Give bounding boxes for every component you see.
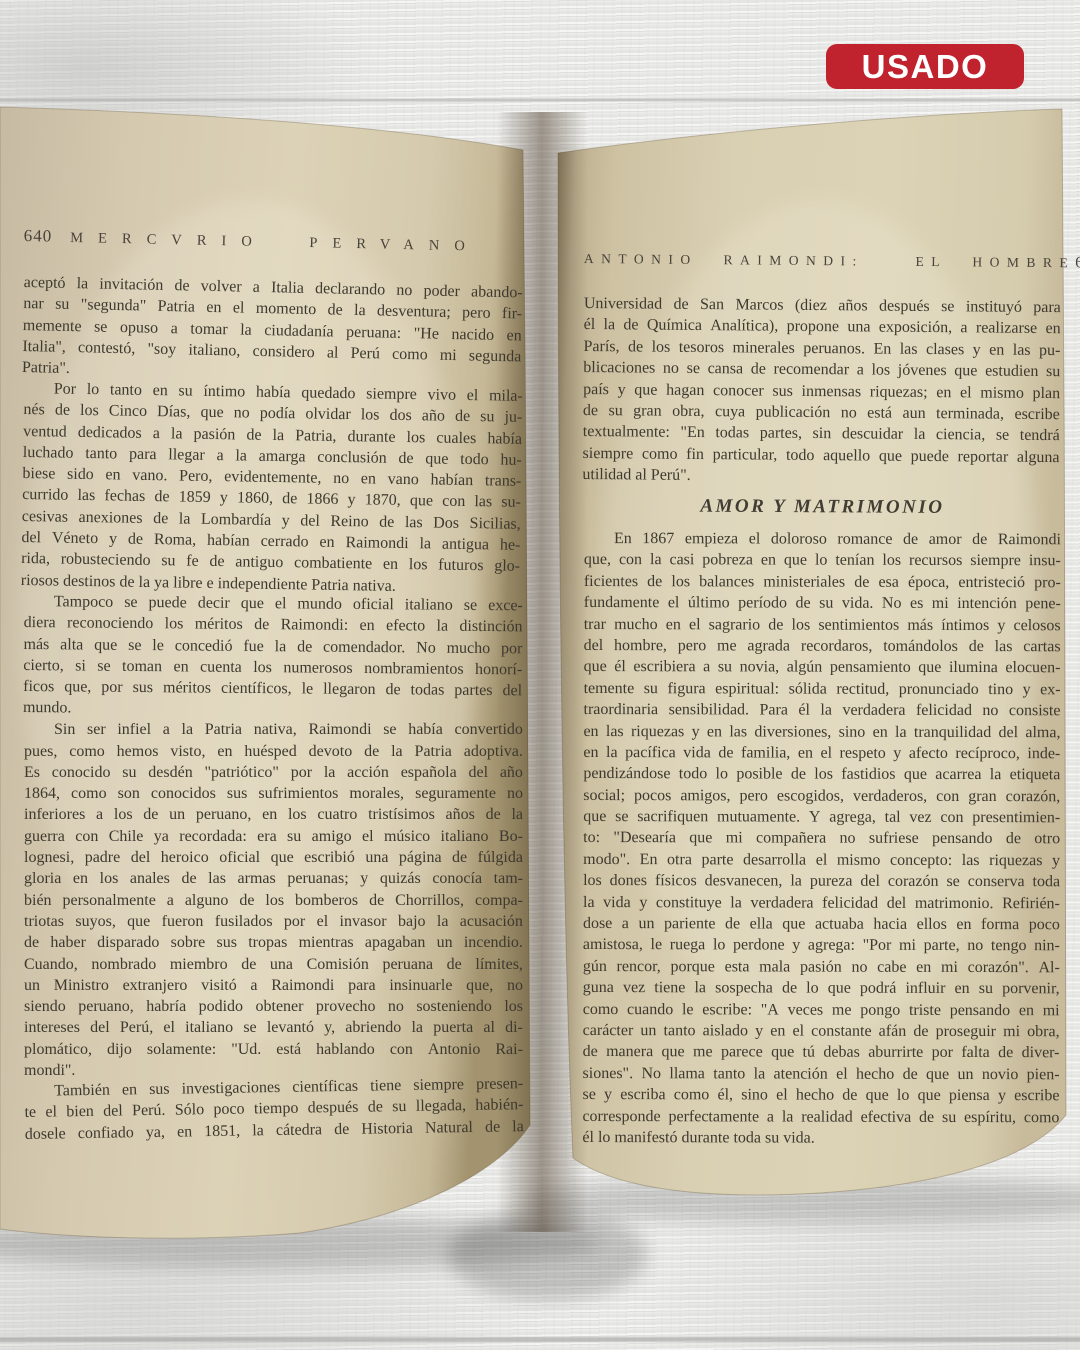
left-page-body: aceptólainvitacióndevolveraItaliadeclara… (24, 272, 523, 1145)
right-page-number: 641 (1075, 254, 1080, 272)
text-line: Cuando,nombradomiembrodeunaComisiónperua… (24, 954, 523, 975)
paragraph: UniversidaddeSanMarcos(diezañosdespuésse… (582, 293, 1061, 490)
text-line: unMinistroextranjerovisitóaRaimondiparai… (24, 975, 523, 996)
paragraph: Tambiénensusinvestigacionescientíficasti… (24, 1073, 524, 1145)
text-line: guerraconChileyarecordada:erasuamigoelmú… (24, 826, 523, 847)
text-line: carácteruntantoaisladoyenelconstanteafán… (583, 1019, 1060, 1042)
text-line: biénpersonalmenteaalgunodelosbomberosdeC… (24, 890, 523, 911)
text-line: pues,comohemosvisto,enhuéspeddevotodelaP… (24, 741, 523, 762)
paragraph: Porlotantoensuíntimohabíaquedadosiemprev… (21, 378, 523, 599)
text-line: lognesi,padredelheroicooficialqueescribi… (24, 847, 523, 868)
text-line: seyescribacomoél,sinoelhechodequeloquepi… (582, 1084, 1059, 1107)
text-line: correspondeperfectamentealarealidadefect… (582, 1105, 1059, 1128)
text-line: siones".Nollamatantolaatenciónelhechodeq… (583, 1062, 1060, 1085)
text-line: gúnrencor,porqueestamalapasiónnocabeenmi… (583, 955, 1060, 978)
text-line: comocuandoleescribe:"Avecesmepongotriste… (583, 998, 1060, 1021)
paragraph: SinserinfielalaPatrianativa,Raimondiseha… (24, 719, 523, 1081)
text-line: tementesufiguraespiritual:sólidarectitud… (584, 677, 1061, 700)
left-page: 640 MERCVRIO PERVANO aceptólainvitaciónd… (24, 226, 523, 1145)
text-line: losdonesfísicosdesvanecen,lapurezadelcor… (583, 870, 1060, 893)
text-line: queélescribieraasunovia,algúnpensamiento… (584, 656, 1061, 679)
paragraph: En1867empiezaeldolorosoromancedeamordeRa… (582, 528, 1061, 1150)
text-line: gloriaenlosanalesdelasarmasperuanas;yqui… (24, 868, 523, 889)
text-line: quesesacrifiquenmutuamente.Yagrega,talve… (583, 806, 1060, 829)
paragraph: Tampocosepuededecirqueelmundooficialital… (23, 591, 523, 723)
text-line: plomático,dijosolamente:"Ud.estáhablando… (24, 1039, 523, 1060)
text-line: modo".Enotrapartedesarrollaelmismoconcep… (583, 848, 1060, 871)
text-line: doseaunparientedeellaqueactuabahaciaello… (583, 913, 1060, 936)
right-page-header: ANTONIO RAIMONDI: EL HOMBRE 641 (584, 250, 1061, 272)
text-line: dehaberdisparadosobresustropasmientrasap… (24, 932, 523, 953)
text-line: pendizándosetodoloposibledelosfastidiosq… (583, 763, 1060, 786)
text-line: delhombre,peromeagradarecordaros,tomándo… (584, 634, 1061, 657)
right-running-title: ANTONIO RAIMONDI: EL HOMBRE (584, 251, 1075, 271)
text-line: 1864,comosonconocidossussufrimientosmora… (24, 783, 523, 804)
text-line: lavidayconstituyelaverdaderafelicidaddel… (583, 891, 1060, 914)
text-line: utilidad al Perú". (582, 464, 1059, 490)
left-page-header: 640 MERCVRIO PERVANO (24, 226, 523, 256)
text-line: to:"Desearíaquemicompañeranosufriesepens… (583, 827, 1060, 850)
text-line: amistosa,leruegaloperdoneyagrega:"Pormip… (583, 934, 1060, 957)
paragraph: aceptólainvitacióndevolveraItaliadeclara… (22, 272, 523, 389)
text-line: inferioresalosdeunperuano,enloscuatrotri… (24, 804, 523, 825)
text-line: En1867empiezaeldolorosoromancedeamordeRa… (584, 528, 1061, 551)
text-line: enlasriquezasyenlasdiversiones,sinoenlat… (583, 720, 1060, 743)
text-line: él lo manifestó durante toda su vida. (582, 1126, 1059, 1149)
section-heading: AMOR Y MATRIMONIO (584, 495, 1061, 519)
used-badge-label: USADO (862, 48, 989, 86)
right-page-body: UniversidaddeSanMarcos(diezañosdespuésse… (584, 293, 1061, 1148)
text-line: interesesdelPerú,elitalianoselevantóy,ab… (24, 1017, 523, 1038)
text-line: traordinariasensibilidad.Paraéllaverdade… (583, 699, 1060, 722)
left-page-number: 640 (24, 226, 53, 247)
text-line: fundamenteelúltimoperíododesuvida.Noesmi… (584, 592, 1061, 615)
used-badge: USADO (826, 44, 1024, 89)
text-line: que,conlacasipobrezaenqueloteníanlosrecu… (584, 549, 1061, 572)
left-running-title: MERCVRIO PERVANO (70, 230, 480, 256)
photo-background: 640 MERCVRIO PERVANO aceptólainvitaciónd… (0, 0, 1080, 1350)
text-line: demaneraquemeparecequetúdebasaburrirtepo… (583, 1041, 1060, 1064)
text-line: triotassuyos,quefueronfusiladosporelinva… (24, 911, 523, 932)
text-line: Esconocidosudesdén"patriótico"porlaacció… (24, 762, 523, 783)
text-line: ficientesdelosbalancesministerialesdeesa… (584, 570, 1061, 593)
text-line: SinserinfielalaPatrianativa,Raimondiseha… (24, 719, 523, 740)
text-line: enlapacíficavidadefamilia,enelrespetoyaf… (583, 741, 1060, 764)
text-line: social;pocosamigos,peroescogidos,verdade… (583, 784, 1060, 807)
text-line: gunaveztienelasospechadeloquepodráinflui… (583, 977, 1060, 1000)
text-line: trarmuchoenelsagrariodelossentimientosmá… (584, 613, 1061, 636)
right-page: ANTONIO RAIMONDI: EL HOMBRE 641 Universi… (584, 250, 1061, 1148)
text-line: siendoperuano,habríapodidoobtenerprovech… (24, 996, 523, 1017)
